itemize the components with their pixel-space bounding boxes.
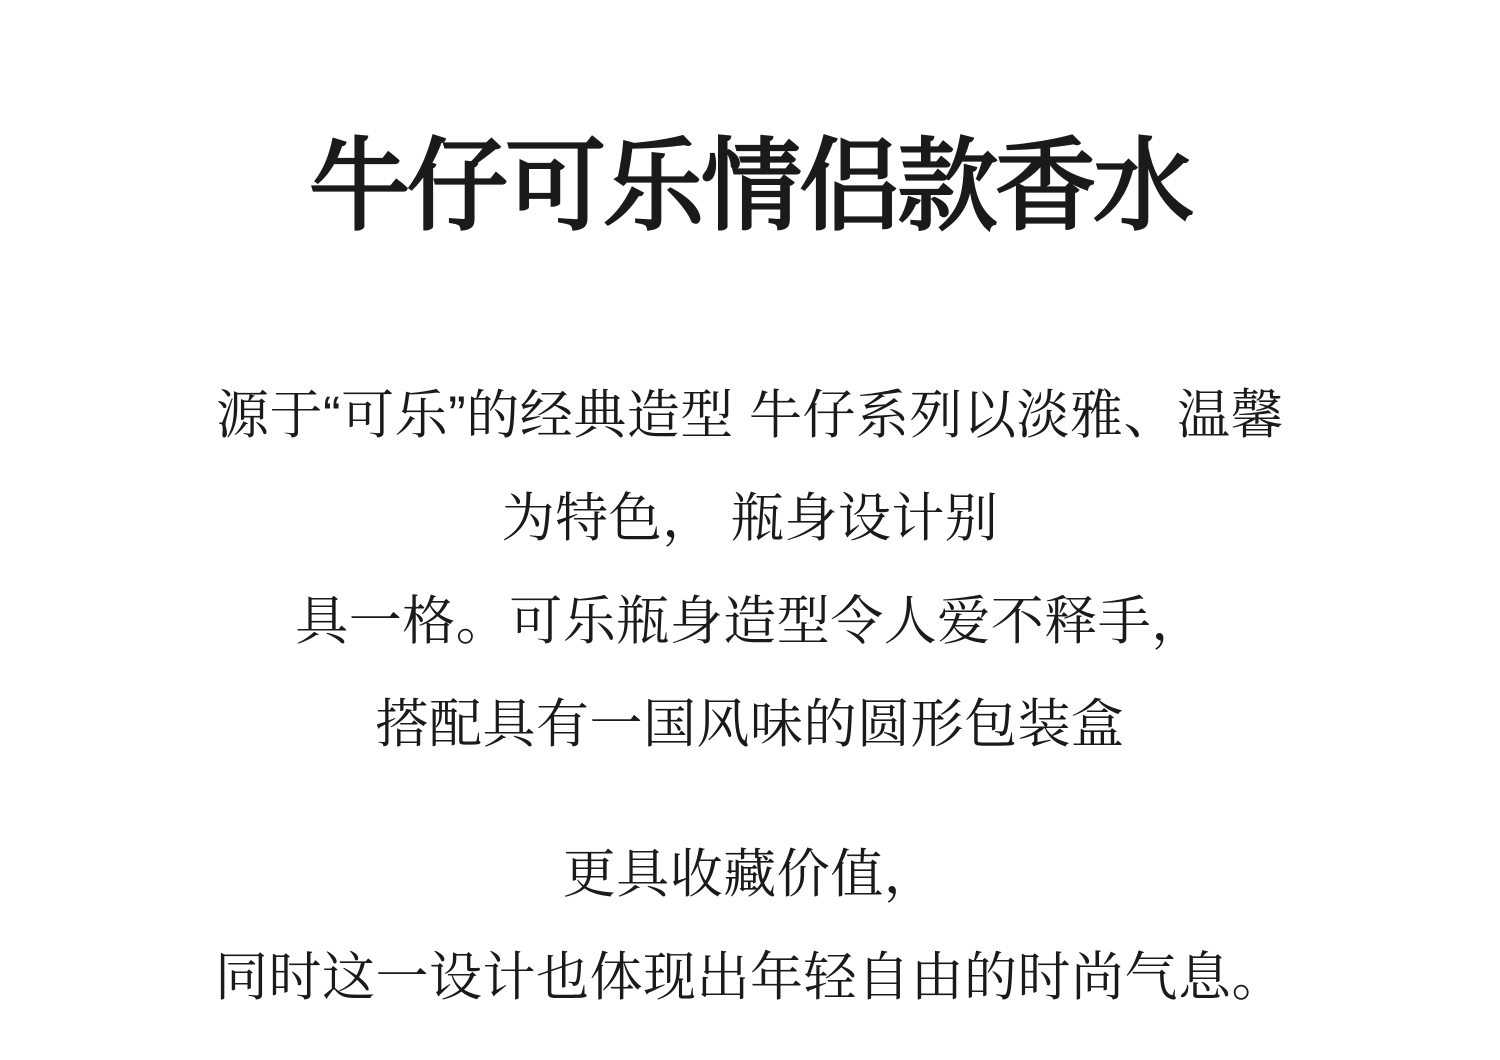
description-line-4: 搭配具有一国风味的圆形包装盒	[0, 673, 1500, 776]
page-title: 牛仔可乐情侣款香水	[0, 0, 1500, 260]
description-line-2: 为特色， 瓶身设计别	[0, 467, 1500, 570]
description-line-1: 源于“可乐”的经典造型 牛仔系列以淡雅、温馨	[0, 364, 1500, 467]
product-description-page: 牛仔可乐情侣款香水 源于“可乐”的经典造型 牛仔系列以淡雅、温馨 为特色， 瓶身…	[0, 0, 1500, 1060]
description-paragraph-2: 更具收藏价值， 同时这一设计也体现出年轻自由的时尚气息。	[0, 823, 1500, 1029]
description-line-3: 具一格。可乐瓶身造型令人爱不释手，	[0, 570, 1500, 673]
description-line-6: 同时这一设计也体现出年轻自由的时尚气息。	[0, 926, 1500, 1029]
description-paragraph-1: 源于“可乐”的经典造型 牛仔系列以淡雅、温馨 为特色， 瓶身设计别 具一格。可乐…	[0, 364, 1500, 776]
description-line-5: 更具收藏价值，	[0, 823, 1500, 926]
